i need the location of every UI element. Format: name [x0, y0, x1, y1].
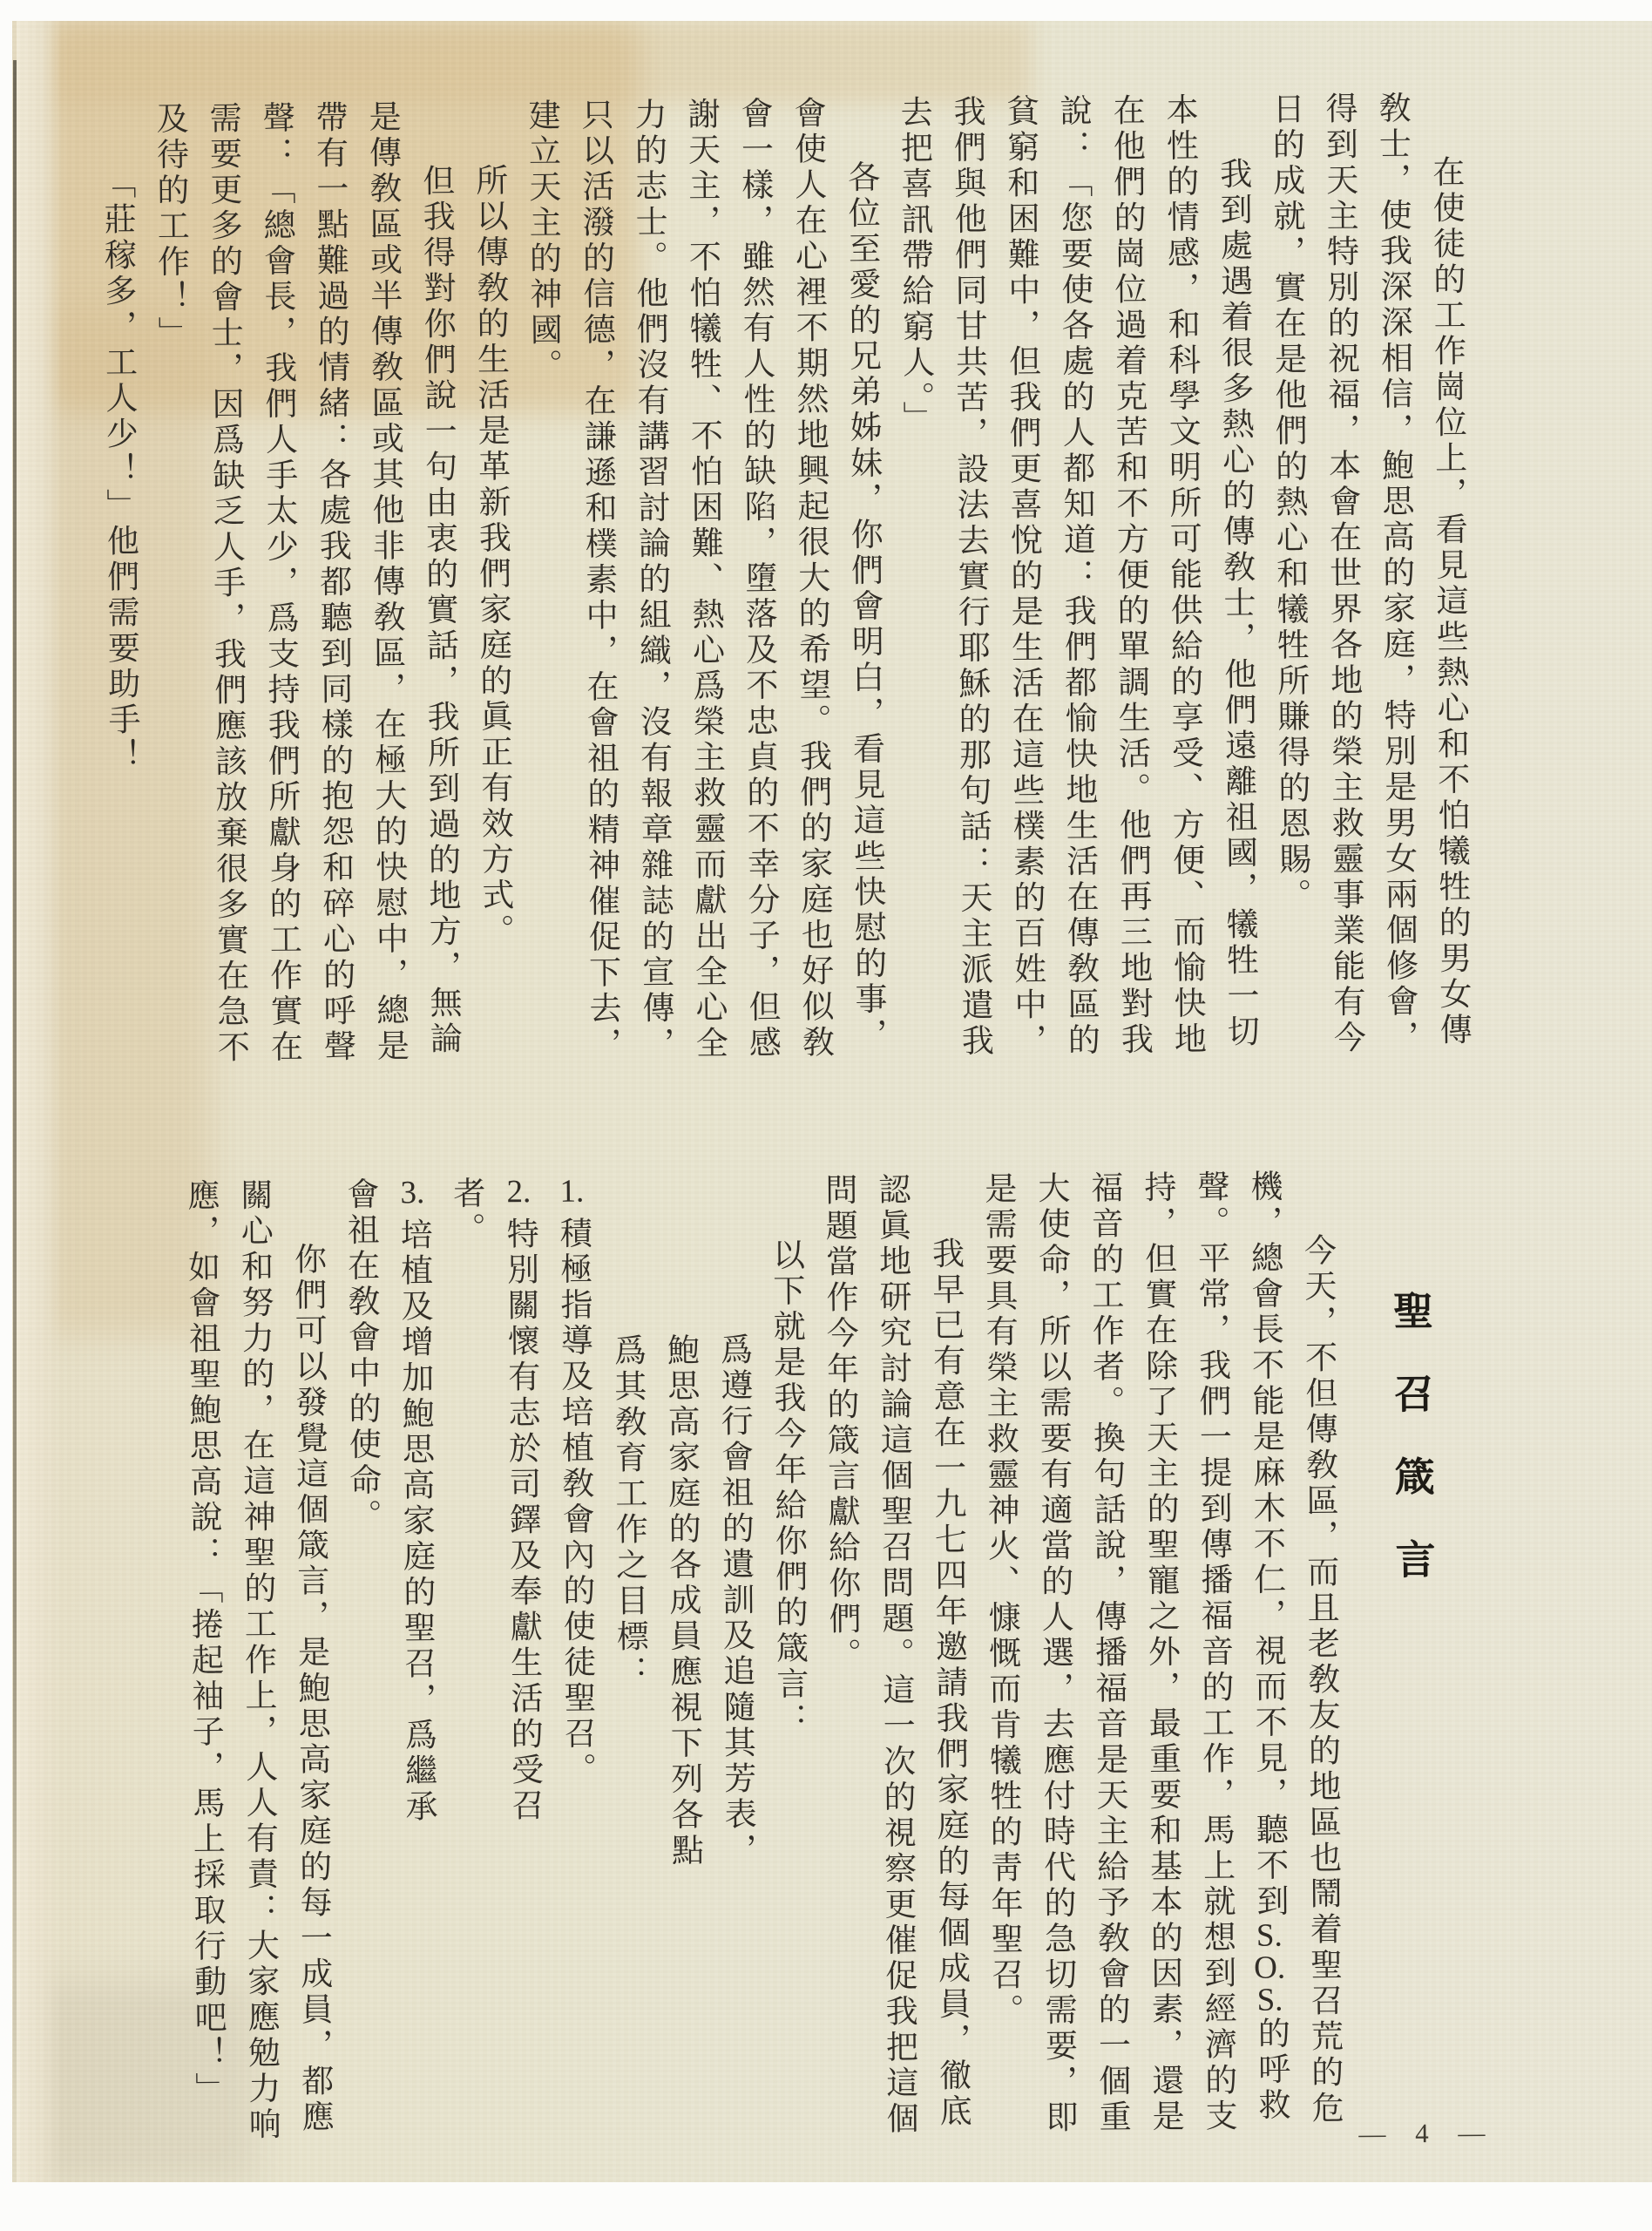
maxim-text: 特別關懷有志於司鐸及奉獻生活的受召者。 — [448, 1176, 542, 1824]
maxim-item: 1.積極指導及培植敎會內的使徒聖召。 — [545, 1175, 607, 2139]
paper-sheet: 在使徒的工作崗位上，看見這些熱心和不怕犧牲的男女傳敎士，使我深深相信，鮑思高的家… — [12, 21, 1652, 2182]
paragraph: 以下就是我今年給你們的箴言： — [758, 1173, 820, 2138]
maxims-preamble: 爲遵行會祖的遺訓及追隨其芳表，鮑思高家庭的各成員應視下列各點爲其敎育工作之目標： — [599, 1174, 767, 2140]
maxim-item: 2.特別關懷有志於司鐸及奉獻生活的受召者。 — [439, 1176, 554, 2141]
paragraph: 「莊稼多，工人少！」他們需要助手！ — [89, 102, 151, 1067]
maxim-text: 積極指導及培植敎會內的使徒聖召。 — [554, 1216, 595, 1787]
closing-paragraph: 你們可以發覺這個箴言，是鮑思高家庭的每一成員，都應關心和努力的，在這神聖的工作上… — [173, 1177, 342, 2144]
scanned-document-page: 在使徒的工作崗位上，看見這些熱心和不怕犧牲的男女傳敎士，使我深深相信，鮑思高的家… — [0, 0, 1652, 2231]
maxim-number: 2. — [501, 1176, 537, 1208]
vocation-maxims-section: 聖召箴言 今天，不但傳敎區，而且老敎友的地區也鬧着聖召荒的危機，總會長不能是麻木… — [166, 1168, 1482, 2144]
paragraph: 在使徒的工作崗位上，看見這些熱心和不怕犧牲的男女傳敎士，使我深深相信，鮑思高的家… — [1258, 91, 1479, 1057]
paragraph: 各位至愛的兄弟姊妹，你們會明白，看見這些快慰的事，會使人在心裡不期然地興起很大的… — [514, 95, 895, 1063]
page-number: — 4 — — [1324, 2113, 1524, 2153]
paragraph: 今天，不但傳敎區，而且老敎友的地區也鬧着聖召荒的危機，總會長不能是麻木不仁，視而… — [971, 1169, 1351, 2137]
maxim-item: 3.培植及增加鮑思高家庭的聖召，爲繼承會祖在敎會中的使命。 — [333, 1177, 448, 2142]
paragraph: 所以傳敎的生活是革新我們家庭的眞正有效方式。 — [461, 98, 523, 1063]
paragraph: 我到處遇着很多熱心的傳敎士，他們遠離祖國，犧牲一切本性的情感，和科學文明所可能供… — [886, 92, 1267, 1061]
paragraph: 我早已有意在一九七四年邀請我們家庭的每個成員，徹底認眞地研究討論這個聖召問題。這… — [811, 1172, 979, 2139]
maxim-text: 培植及增加鮑思高家庭的聖召，爲繼承會祖在敎會中的使命。 — [342, 1177, 436, 1826]
maxim-number: 3. — [395, 1177, 430, 1209]
maxim-number: 1. — [554, 1175, 590, 1207]
section-title: 聖召箴言 — [1378, 1168, 1449, 2133]
paragraph: 但我得對你們說一句由衷的實話，我所到過的地方，無論是傳敎區或半傳敎區或其他非傳敎… — [142, 99, 470, 1067]
article-top-section: 在使徒的工作崗位上，看見這些熱心和不怕犧牲的男女傳敎士，使我深深相信，鮑思高的家… — [77, 91, 1479, 1068]
page-content: 在使徒的工作崗位上，看見這些熱心和不怕犧牲的男女傳敎士，使我深深相信，鮑思高的家… — [12, 21, 1652, 2182]
